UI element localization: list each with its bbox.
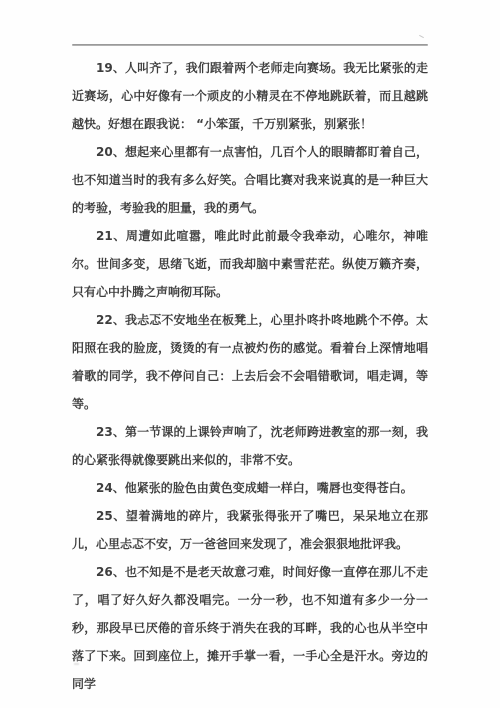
document-text-column: 19、人叫齐了，我们跟着两个老师走向赛场。我无比紧张的走近赛场，心中好像有一个顽… (72, 54, 428, 698)
paragraph-23: 23、第一节课的上课铃声响了，沈老师跨进教室的那一刻，我的心紧张得就像要跳出来似… (72, 418, 428, 474)
paragraph-25: 25、望着满地的碎片，我紧张得张开了嘴巴，呆呆地立在那儿，心里忐忑不安，万一爸爸… (72, 502, 428, 558)
scan-speck-stroke (74, 663, 79, 665)
top-divider-line (72, 44, 428, 46)
scan-speck-top-right (419, 35, 424, 38)
scan-speck-stroke (76, 654, 79, 661)
paragraph-24: 24、他紧张的脸色由黄色变成蜡一样白，嘴唇也变得苍白。 (72, 474, 428, 502)
paragraph-21: 21、周遭如此喧嚣，唯此时此前最令我牵动，心唯尔，神唯尔。世间多变，思绪飞逝，而… (72, 222, 428, 306)
paragraph-22: 22、我忐忑不安地坐在板凳上，心里扑咚扑咚地跳个不停。太阳照在我的脸庞，烫烫的有… (72, 306, 428, 418)
scan-speck-bottom-left (73, 652, 82, 668)
document-page: 19、人叫齐了，我们跟着两个老师走向赛场。我无比紧张的走近赛场，心中好像有一个顽… (0, 0, 500, 708)
paragraph-26: 26、也不知是不是老天故意刁难，时间好像一直停在那儿不走了，唱了好久好久都没唱完… (72, 558, 428, 698)
paragraph-19: 19、人叫齐了，我们跟着两个老师走向赛场。我无比紧张的走近赛场，心中好像有一个顽… (72, 54, 428, 138)
paragraph-20: 20、想起来心里都有一点害怕，几百个人的眼睛都盯着自己，也不知道当时的我有多么好… (72, 138, 428, 222)
